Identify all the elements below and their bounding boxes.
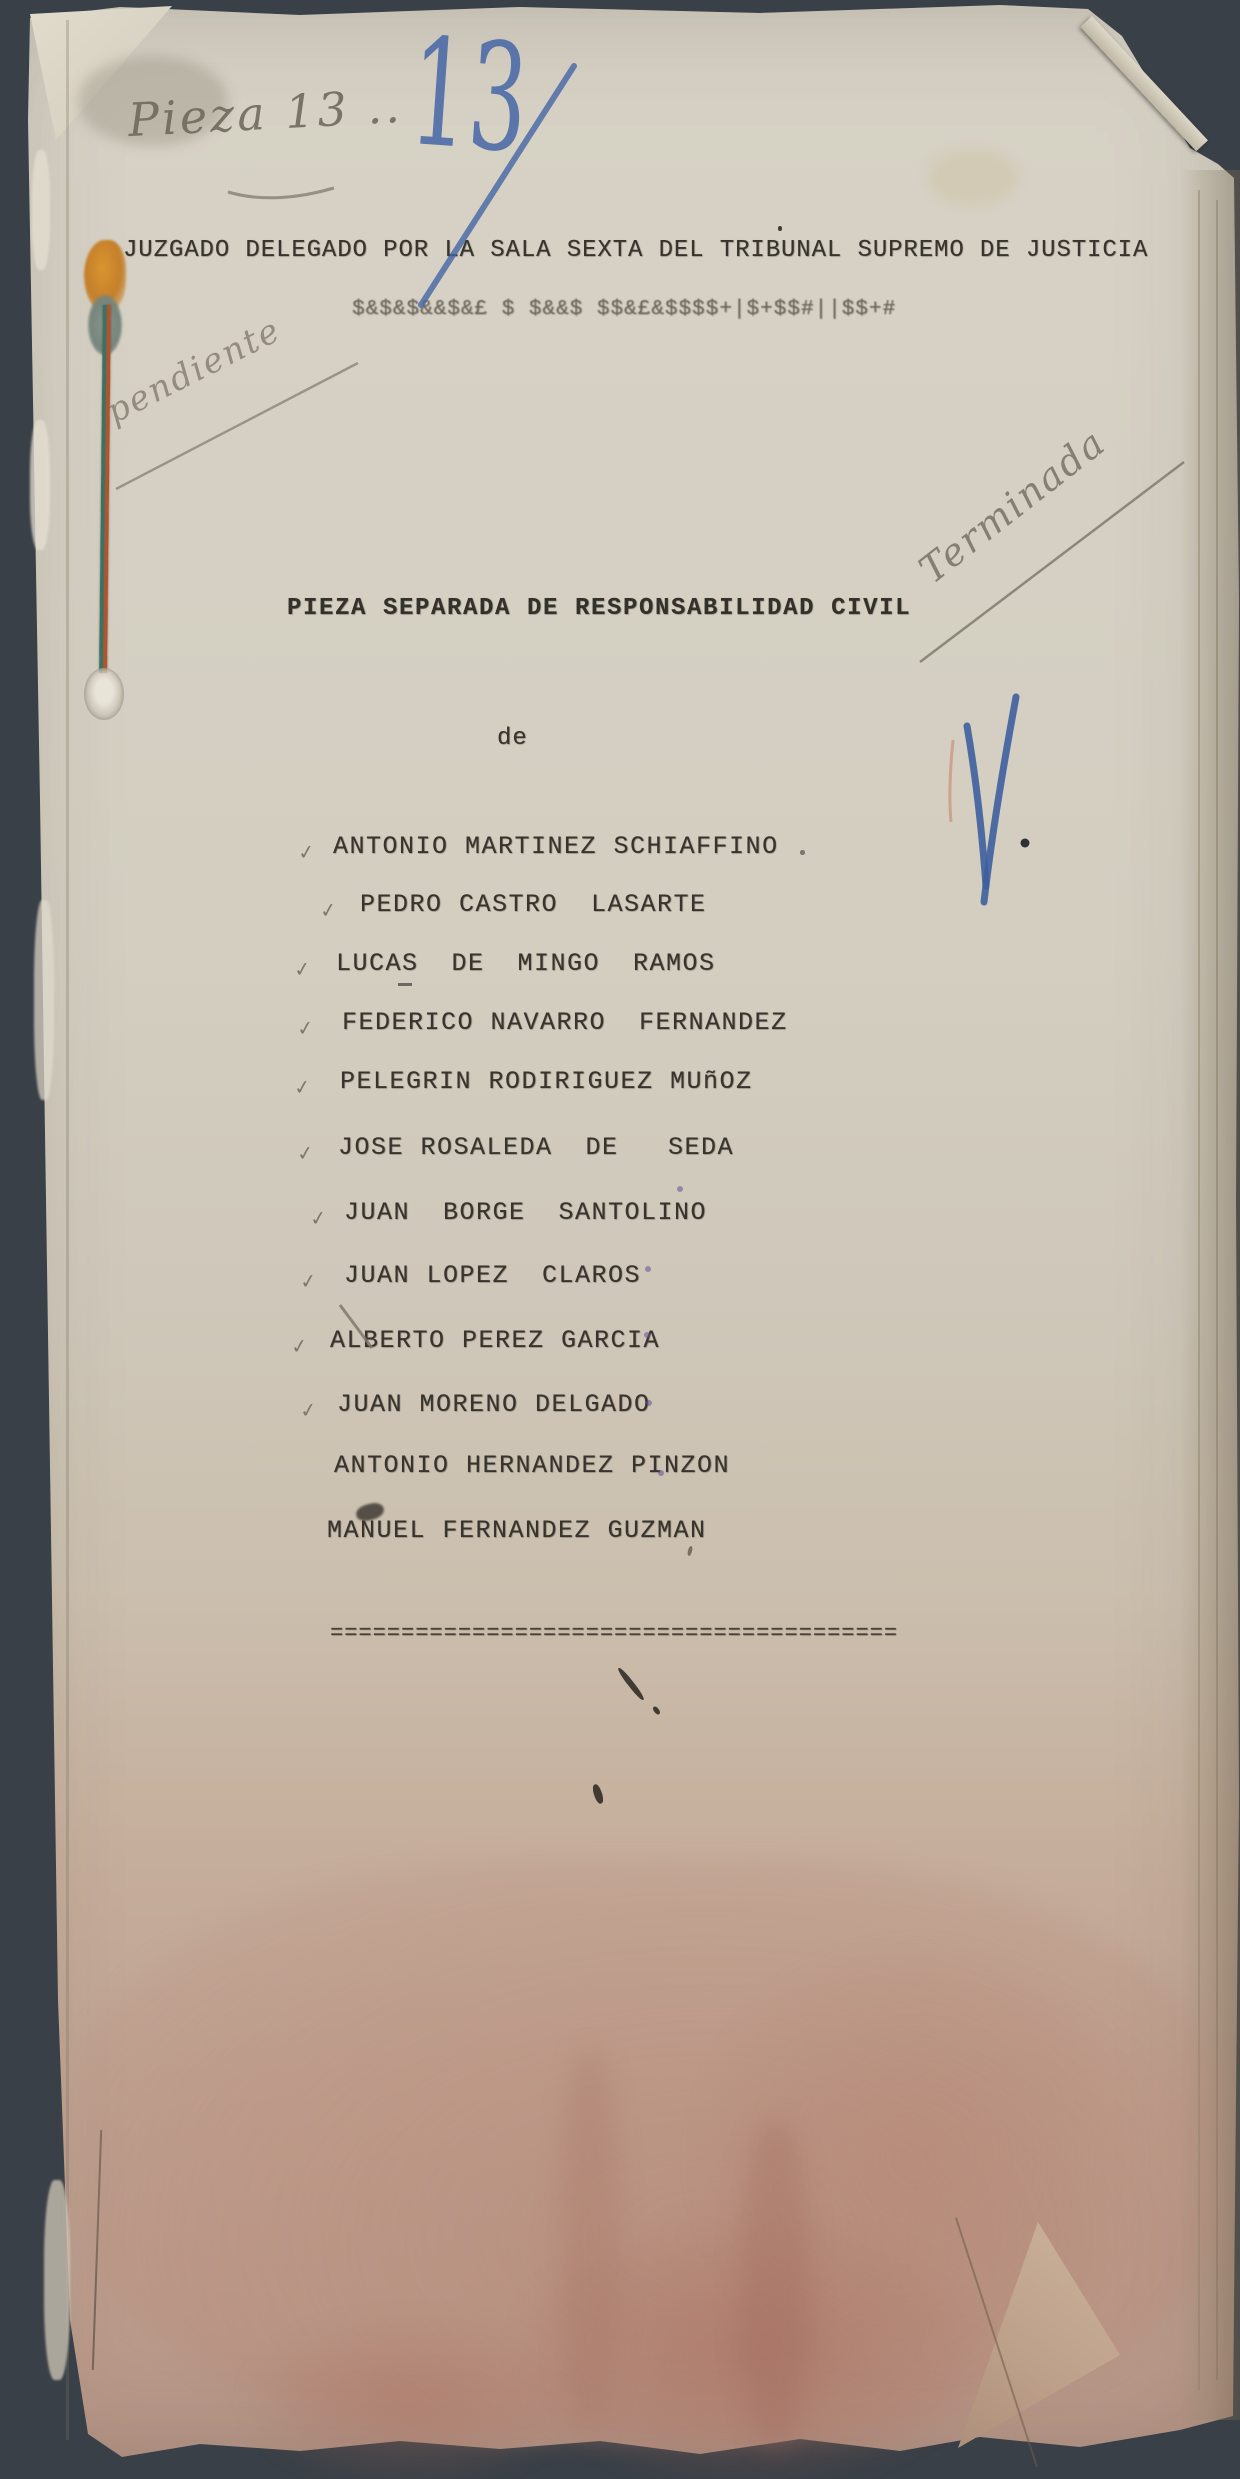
name-row: PEDRO CASTRO LASARTE: [360, 891, 707, 919]
name-row: PELEGRIN RODIRIGUEZ MUñOZ: [340, 1068, 753, 1096]
name-row: ANTONIO MARTINEZ SCHIAFFINO: [333, 833, 779, 861]
name-row: JUAN BORGE SANTOLINO: [344, 1199, 707, 1227]
separator-line: ========================================: [330, 1622, 898, 1646]
archival-document-photo: Pieza 13 .. 13 pendiente Terminada JUZGA…: [0, 0, 1240, 2479]
edge-chip: [34, 900, 54, 1100]
purple-dot: [677, 1186, 683, 1192]
checkmark-icon: ✓: [296, 839, 316, 865]
checkmark-icon: ✓: [295, 1140, 315, 1166]
purple-dot: [646, 1400, 652, 1406]
piece-number-blue: 13: [406, 18, 533, 174]
name-row: JOSE ROSALEDA DE SEDA: [338, 1134, 734, 1162]
ink-speck: [800, 850, 805, 855]
name-row: JUAN LOPEZ CLAROS: [344, 1262, 641, 1290]
court-header: JUZGADO DELEGADO POR LA SALA SEXTA DEL T…: [123, 238, 1148, 264]
checkmark-icon: ✓: [308, 1205, 328, 1231]
ink-speck: [778, 226, 782, 231]
name-row: FEDERICO NAVARRO FERNANDEZ: [342, 1009, 788, 1037]
edge-chip: [32, 150, 50, 270]
stain-streak: [560, 2050, 620, 2430]
name-row: ANTONIO HERNANDEZ PINZON: [334, 1452, 730, 1480]
checkmark-icon: ✓: [298, 1397, 318, 1423]
document-title: PIEZA SEPARADA DE RESPONSABILIDAD CIVIL: [287, 596, 911, 622]
checkmark-icon: ✓: [292, 956, 312, 982]
purple-dot: [658, 1470, 664, 1476]
checkmark-icon: ✓: [298, 1268, 318, 1294]
binding-eyelet: [84, 668, 124, 720]
name-row: ALBERTO PEREZ GARCIA: [330, 1327, 660, 1355]
title-connector: de: [497, 726, 528, 752]
stain-blob: [250, 2320, 570, 2479]
left-crease: [66, 20, 69, 2440]
header-flourish: $&$&$&&$&£ $ $&&$ $$&£&$$$$+|$+$$#||$$+#: [352, 298, 896, 321]
checkmark-icon: ✓: [289, 1333, 309, 1359]
page-edge-line: [1216, 200, 1218, 2380]
checkmark-icon: ✓: [292, 1074, 312, 1100]
underscore-mark: [398, 983, 412, 986]
checkmark-icon: ✓: [318, 897, 338, 923]
checkmark-icon: ✓: [295, 1015, 315, 1041]
stain-yellow: [928, 150, 1018, 205]
edge-chip: [30, 420, 50, 550]
name-row: MANUEL FERNANDEZ GUZMAN: [327, 1517, 707, 1545]
edge-chip: [44, 2180, 70, 2380]
name-row: JUAN MORENO DELGADO: [337, 1391, 651, 1419]
name-row: LUCAS DE MINGO RAMOS: [336, 950, 716, 978]
stain-streak: [740, 2120, 810, 2450]
purple-dot: [645, 1266, 651, 1272]
purple-dot: [644, 1332, 650, 1338]
